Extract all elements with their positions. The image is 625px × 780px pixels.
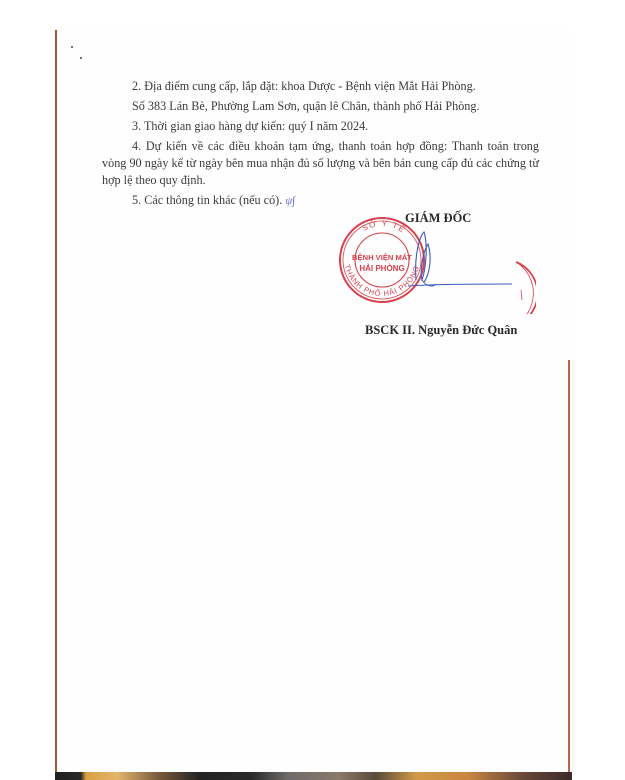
item-5-text: 5. Các thông tin khác (nếu có). — [132, 193, 282, 207]
stamp-center-line-2: HẢI PHÒNG — [359, 264, 404, 273]
item-3: 3. Thời gian giao hàng dự kiến: quý I nă… — [132, 118, 368, 135]
page-right-edge — [568, 360, 570, 772]
item-5: 5. Các thông tin khác (nếu có). ψ∫ — [132, 192, 295, 210]
scan-speck — [80, 57, 82, 59]
signatory-name: BSCK II. Nguyễn Đức Quân — [365, 322, 517, 339]
handwritten-initials: ψ∫ — [285, 195, 295, 207]
scan-speck — [71, 46, 73, 48]
official-stamp: SỞ Y TẾ BỆNH VIỆN MẮT HẢI PHÒNG THÀNH PH… — [336, 214, 536, 314]
scan-bottom-strip — [55, 772, 572, 780]
item-2-line-2: Số 383 Lán Bè, Phường Lam Sơn, quận lê C… — [132, 98, 480, 115]
stamp-center-line-1: BỆNH VIỆN MẮT — [352, 253, 412, 262]
item-2-line-1: 2. Địa điểm cung cấp, lắp đặt: khoa Dược… — [132, 78, 476, 95]
item-4: 4. Dự kiến về các điều khoản tạm ứng, th… — [102, 138, 539, 189]
partial-stamp — [514, 262, 536, 314]
